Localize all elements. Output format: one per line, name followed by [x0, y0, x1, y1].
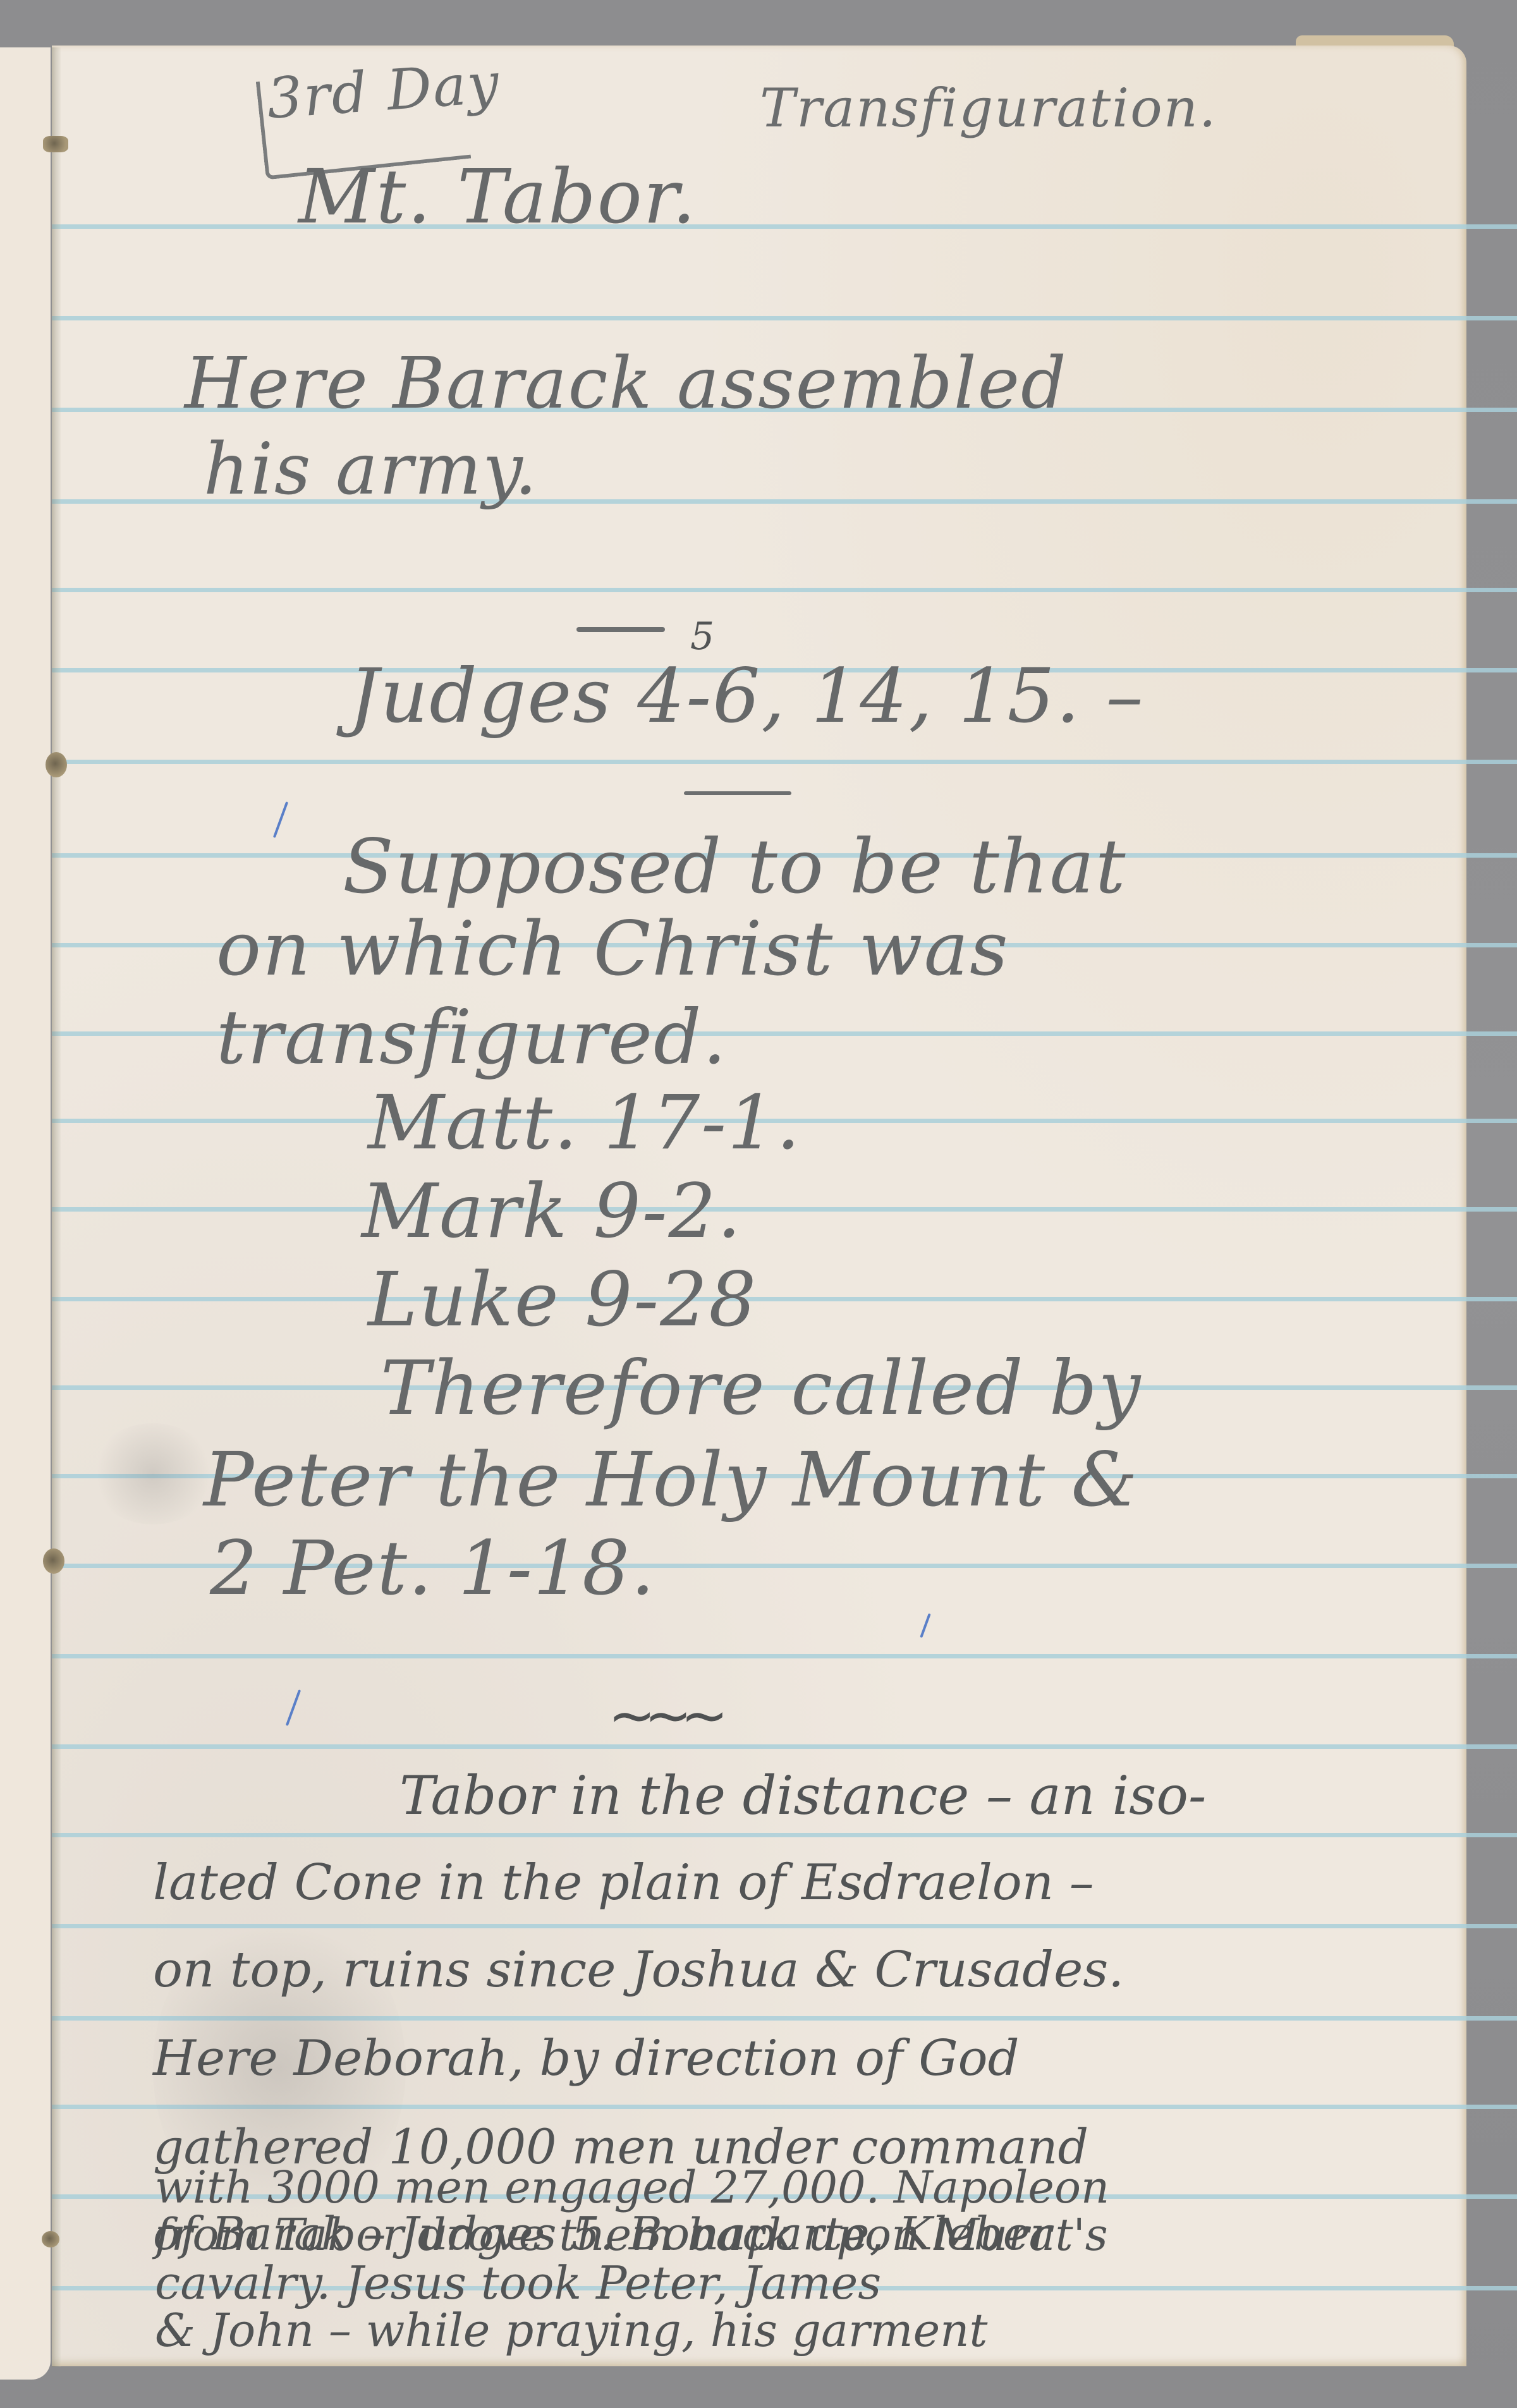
binding-hole: [46, 752, 67, 777]
rule-line: [52, 1207, 1517, 1212]
blue-pencil-tick: [273, 801, 288, 838]
note-line-4: Here Deborah, by direction of God: [153, 2030, 1020, 2087]
rule-line: [52, 1297, 1517, 1301]
line-5: on which Christ was: [216, 905, 1009, 992]
note-line-1: Tabor in the distance – an iso-: [399, 1765, 1206, 1827]
line-10: Therefore called by: [381, 1344, 1142, 1432]
notebook-page: 3rd Day Transfiguration. Mt. Tabor. Here…: [52, 46, 1466, 2366]
blue-pencil-tick: [920, 1614, 930, 1638]
rule-line: [52, 588, 1517, 592]
rule-line: [52, 316, 1517, 320]
blue-pencil-tick: [286, 1689, 301, 1726]
rule-line: [52, 1654, 1517, 1658]
line-1: Here Barack assembled: [185, 343, 1068, 425]
binding-hole: [43, 136, 68, 152]
line-9-luke: Luke 9-28: [368, 1256, 757, 1343]
line-7-matthew: Matt. 17-1.: [368, 1079, 801, 1166]
note-line-7: with 3000 men engaged 27,000. Napoleon: [155, 2162, 1109, 2213]
topic-heading: Transfiguration.: [760, 77, 1217, 139]
rule-line: [52, 1744, 1517, 1749]
note-line-9: cavalry. Jesus took Peter, James: [155, 2256, 881, 2309]
line-8-mark: Mark 9-2.: [362, 1167, 742, 1255]
page-title: Mt. Tabor.: [298, 153, 697, 240]
divider-squiggle: ~~~: [608, 1682, 717, 1749]
binding-hole: [42, 2231, 59, 2247]
underline-mark: [576, 627, 665, 632]
page-gutter-fold: [52, 47, 61, 2367]
note-line-2: lated Cone in the plain of Esdraelon –: [153, 1854, 1094, 1911]
line-2: his army.: [204, 429, 539, 511]
rule-line: [52, 1833, 1517, 1837]
rule-line: [52, 224, 1517, 229]
facing-page-edge: [0, 47, 51, 2380]
line-12-peter-ref: 2 Pet. 1-18.: [210, 1524, 656, 1612]
note-line-3: on top, ruins since Joshua & Crusades.: [153, 1942, 1124, 1998]
note-line-8: from Tabor drove them back upon Murat's: [155, 2209, 1108, 2261]
line-11: Peter the Holy Mount &: [204, 1436, 1139, 1523]
note-line-10: & John – while praying, his garment: [155, 2304, 987, 2357]
binding-hole: [43, 1548, 64, 1574]
pencil-smudge: [90, 1423, 216, 1524]
rule-line: [52, 760, 1517, 764]
line-4: Supposed to be that: [343, 823, 1126, 910]
separator-dash: [684, 791, 791, 795]
line-3-scripture-ref: Judges 4-6, 14, 15. –: [349, 652, 1145, 739]
line-6: transfigured.: [216, 994, 728, 1081]
